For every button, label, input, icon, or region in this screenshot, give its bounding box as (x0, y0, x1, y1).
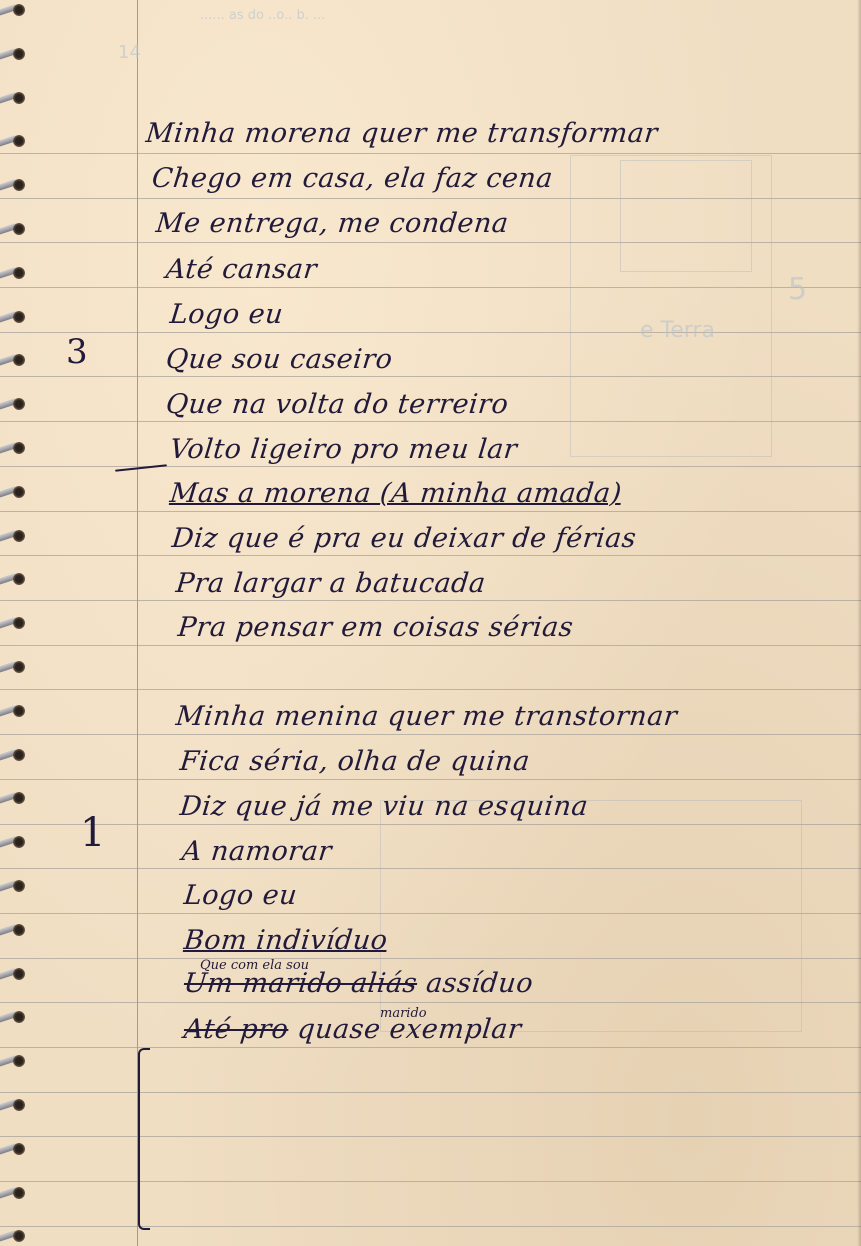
punch-hole (13, 223, 25, 235)
faint-page-number: 14 (118, 42, 141, 63)
ruled-line (0, 1181, 861, 1182)
punch-hole (13, 792, 25, 804)
spiral-ring (0, 1141, 26, 1157)
lyric-line: Minha morena quer me transformar (144, 118, 659, 149)
spiral-ring (0, 221, 26, 237)
spiral-ring (0, 747, 26, 763)
revised-text: assíduo (425, 968, 535, 999)
spiral-ring (0, 352, 26, 368)
punch-hole (13, 179, 25, 191)
lyric-line: Logo eu (182, 880, 298, 911)
lyric-line: Fica séria, olha de quina (178, 746, 531, 777)
spiral-ring (0, 133, 26, 149)
spiral-ring (0, 1009, 26, 1025)
spiral-ring (0, 484, 26, 500)
punch-hole (13, 1099, 25, 1111)
lyric-line: Até cansar (164, 254, 318, 285)
ruled-line (0, 1047, 861, 1048)
punch-hole (13, 836, 25, 848)
lyric-line: Me entrega, me condena (154, 208, 510, 239)
punch-hole (13, 1011, 25, 1023)
spiral-ring (0, 615, 26, 631)
spiral-ring (0, 90, 26, 106)
lyric-line: Pra largar a batucada (174, 568, 487, 599)
lyric-line-revised: Um marido aliás assíduo (182, 968, 534, 999)
ruled-line (0, 645, 861, 646)
spiral-ring (0, 659, 26, 675)
punch-hole (13, 267, 25, 279)
lyric-line: Que na volta do terreiro (164, 389, 510, 420)
punch-hole (13, 398, 25, 410)
punch-hole (13, 1230, 25, 1242)
spiral-ring (0, 1185, 26, 1201)
spiral-ring (0, 966, 26, 982)
spiral-ring (0, 265, 26, 281)
punch-hole (13, 135, 25, 147)
spiral-ring (0, 703, 26, 719)
page-edge (857, 0, 861, 1246)
spiral-ring (0, 790, 26, 806)
lyric-line: Logo eu (168, 299, 284, 330)
punch-hole (13, 573, 25, 585)
spiral-ring (0, 440, 26, 456)
lyric-line: Mas a morena (A minha amada) (168, 478, 623, 509)
ruled-line (0, 555, 861, 556)
bracket-mark (138, 1048, 150, 1230)
spiral-ring (0, 1097, 26, 1113)
punch-hole (13, 968, 25, 980)
stanza-number: 1 (80, 810, 105, 856)
spiral-ring (0, 309, 26, 325)
ruled-line (0, 153, 861, 154)
lyric-line: Bom indivíduo (182, 925, 389, 956)
spiral-ring (0, 834, 26, 850)
lyric-line: Chego em casa, ela faz cena (150, 163, 554, 194)
punch-hole (13, 661, 25, 673)
ruled-line (0, 1092, 861, 1093)
punch-hole (13, 1055, 25, 1067)
punch-hole (13, 924, 25, 936)
spiral-ring (0, 1228, 26, 1244)
punch-hole (13, 48, 25, 60)
punch-hole (13, 749, 25, 761)
spiral-ring (0, 396, 26, 412)
punch-hole (13, 530, 25, 542)
lyric-line: A namorar (180, 836, 333, 867)
punch-hole (13, 1143, 25, 1155)
ruled-line (0, 779, 861, 780)
ruled-line (0, 600, 861, 601)
faint-header-text: ...... as do ..o.. b. ... (200, 8, 325, 23)
punch-hole (13, 486, 25, 498)
lyric-line: Que sou caseiro (164, 344, 394, 375)
lyric-line-revised: Até pro quase exemplar (182, 1014, 523, 1045)
faint-sketch-box (620, 160, 752, 272)
punch-hole (13, 1187, 25, 1199)
notebook-page: ...... as do ..o.. b. ... 14 5 e Terra 3… (0, 0, 861, 1246)
ruled-line (0, 466, 861, 467)
ruled-line (0, 1226, 861, 1227)
ruled-line (0, 511, 861, 512)
punch-hole (13, 311, 25, 323)
ruled-line (0, 734, 861, 735)
punch-hole (13, 354, 25, 366)
spiral-ring (0, 2, 26, 18)
spiral-ring (0, 177, 26, 193)
lyric-line: Diz que é pra eu deixar de férias (170, 523, 637, 554)
faint-side-number: 5 (788, 272, 807, 307)
spiral-ring (0, 1053, 26, 1069)
ruled-line (0, 689, 861, 690)
punch-hole (13, 705, 25, 717)
lyric-line: Minha menina quer me transtornar (174, 701, 678, 732)
lyric-line: Diz que já me viu na esquina (178, 791, 589, 822)
spiral-ring (0, 46, 26, 62)
spiral-ring (0, 922, 26, 938)
lyric-line: Volto ligeiro pro meu lar (168, 434, 518, 465)
revised-text: quase exemplar (296, 1014, 523, 1045)
punch-hole (13, 92, 25, 104)
stanza-number: 3 (66, 332, 88, 372)
spiral-ring (0, 878, 26, 894)
struck-text: Um marido aliás (182, 968, 418, 999)
ruled-line (0, 1136, 861, 1137)
struck-text: Até pro (182, 1014, 290, 1045)
lyric-line: Pra pensar em coisas sérias (176, 612, 575, 643)
punch-hole (13, 442, 25, 454)
spiral-ring (0, 528, 26, 544)
punch-hole (13, 617, 25, 629)
punch-hole (13, 4, 25, 16)
spiral-ring (0, 571, 26, 587)
punch-hole (13, 880, 25, 892)
